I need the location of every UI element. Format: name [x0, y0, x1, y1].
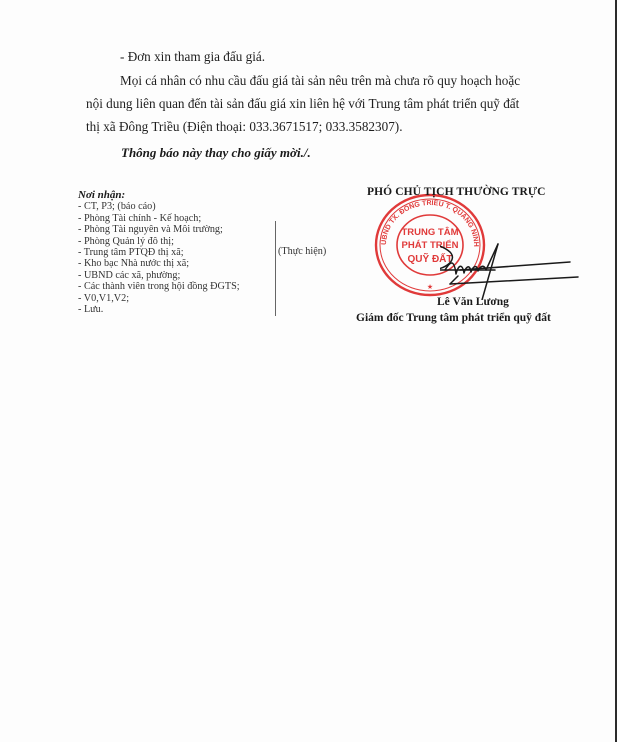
recipient-item: - Trung tâm PTQĐ thị xã;	[78, 247, 240, 258]
recipients-heading: Nơi nhận:	[78, 190, 240, 201]
contact-paragraph-line-3: thị xã Đông Triều (Điện thoại: 033.36715…	[86, 119, 403, 135]
execution-bracket-line	[275, 221, 276, 316]
invitation-notice: Thông báo này thay cho giấy mời./.	[121, 145, 311, 161]
signatory-name: Lê Văn Lương	[437, 296, 509, 308]
svg-text:★: ★	[427, 283, 433, 291]
contact-paragraph-line-2: nội dung liên quan đến tài sản đấu giá x…	[86, 96, 519, 112]
signatory-title: PHÓ CHỦ TỊCH THƯỜNG TRỰC	[367, 186, 546, 198]
attachment-item: - Đơn xin tham gia đấu giá.	[120, 49, 265, 65]
execution-note: (Thực hiện)	[278, 246, 326, 257]
recipient-item: - CT, P3; (báo cáo)	[78, 201, 240, 212]
recipient-item: - Các thành viên trong hội đồng ĐGTS;	[78, 281, 240, 292]
recipient-item: - Lưu.	[78, 304, 240, 315]
recipients-list: Nơi nhận: - CT, P3; (báo cáo) - Phòng Tà…	[78, 190, 240, 315]
recipient-item: - UBND các xã, phường;	[78, 270, 240, 281]
contact-paragraph-line-1: Mọi cá nhân có nhu cầu đấu giá tài sản n…	[120, 73, 520, 89]
signatory-position: Giám đốc Trung tâm phát triển quỹ đất	[356, 312, 551, 324]
document-page: - Đơn xin tham gia đấu giá. Mọi cá nhân …	[0, 0, 617, 742]
recipient-item: - Phòng Tài nguyên và Môi trường;	[78, 224, 240, 235]
recipient-item: - V0,V1,V2;	[78, 293, 240, 304]
handwritten-signature-icon	[440, 240, 580, 300]
recipient-item: - Kho bạc Nhà nước thị xã;	[78, 258, 240, 269]
recipient-item: - Phòng Quản lý đô thị;	[78, 236, 240, 247]
svg-text:TRUNG TÂM: TRUNG TÂM	[402, 226, 459, 238]
recipient-item: - Phòng Tài chính - Kế hoạch;	[78, 213, 240, 224]
